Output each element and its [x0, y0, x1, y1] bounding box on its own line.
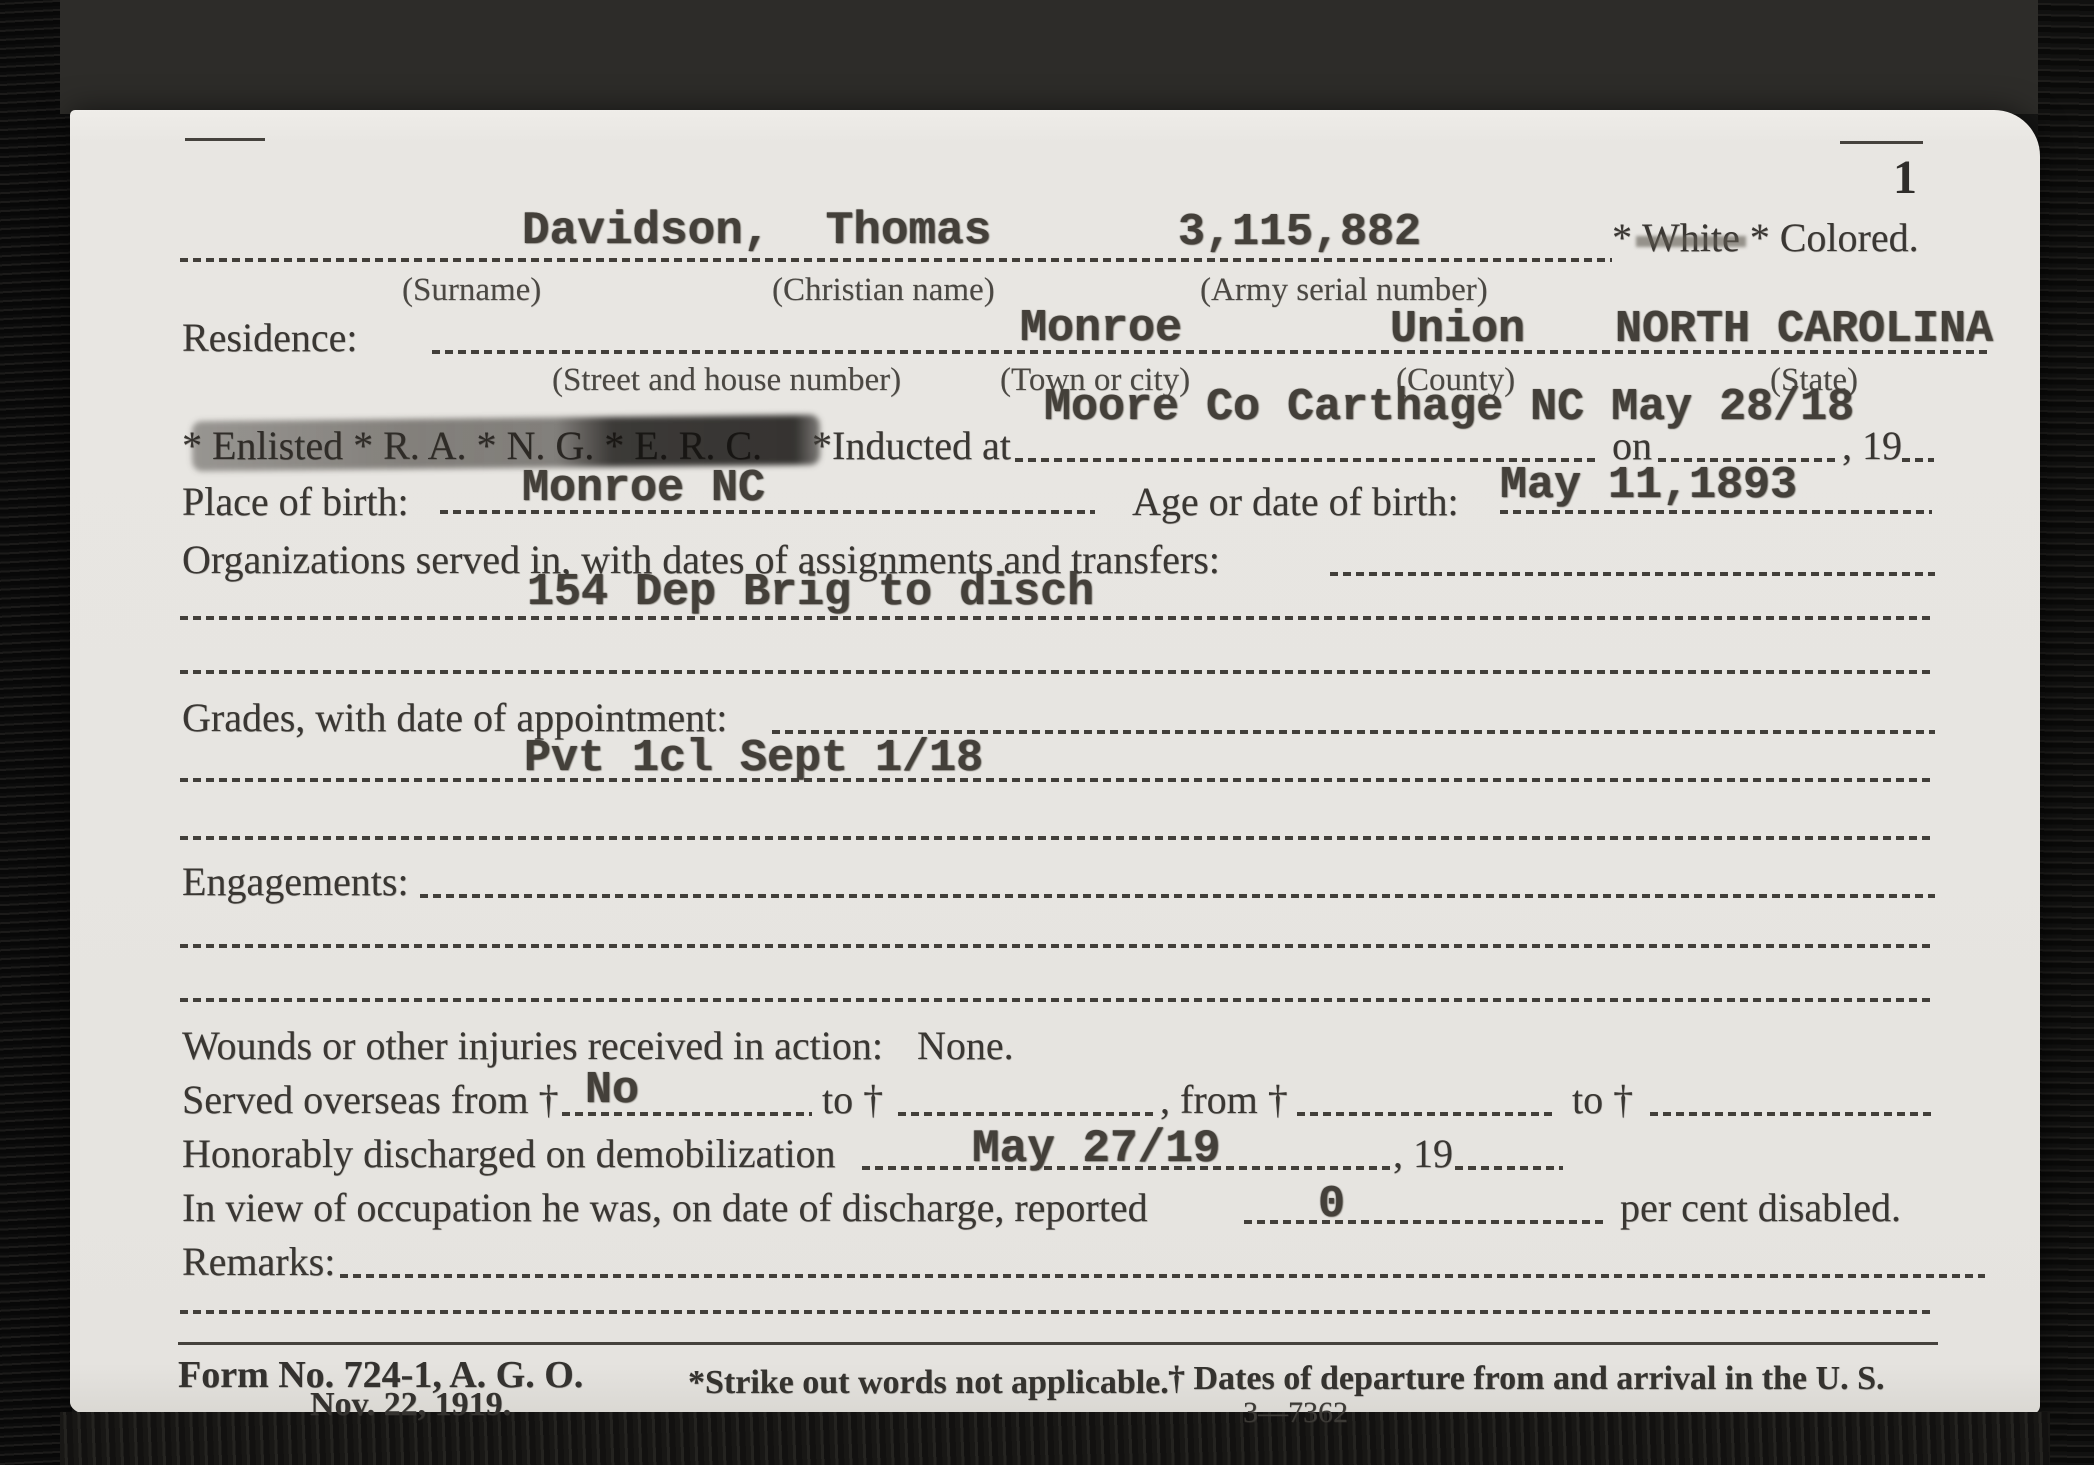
overseas-to1-line — [898, 1112, 1156, 1116]
grades-blank-line-1 — [180, 778, 1935, 782]
birth-date-line — [1500, 510, 1932, 514]
remarks-line — [340, 1274, 1985, 1278]
christian-name-label: (Christian name) — [772, 274, 995, 307]
form-date: Nov. 22, 1919. — [310, 1388, 511, 1422]
street-label: (Street and house number) — [552, 364, 901, 397]
overseas-from1-value: No — [585, 1068, 639, 1113]
remarks-label: Remarks: — [182, 1242, 335, 1282]
engagements-blank-line-1 — [180, 944, 1935, 948]
strike-note: *Strike out words not applicable. — [688, 1366, 1169, 1400]
overseas-from2-label: , from † — [1160, 1080, 1288, 1120]
wounds-row: Wounds or other injuries received in act… — [182, 1026, 1014, 1066]
overseas-to1-label: to † — [822, 1080, 883, 1120]
page-number: 1 — [1893, 154, 1917, 202]
wounds-value: None. — [917, 1023, 1014, 1068]
film-edge-left — [0, 0, 72, 1465]
film-edge-right — [2038, 0, 2094, 1465]
footer-solid-rule — [178, 1342, 1938, 1345]
discharge-label: Honorably discharged on demobilization — [182, 1134, 836, 1174]
overseas-from2-line — [1297, 1112, 1557, 1116]
age-label: Age or date of birth: — [1132, 482, 1459, 522]
grades-value: Pvt 1cl Sept 1/18 — [524, 736, 983, 781]
place-of-birth-value: Monroe NC — [522, 466, 765, 511]
disability-label: In view of occupation he was, on date of… — [182, 1188, 1148, 1228]
overseas-to2-label: to † — [1572, 1080, 1633, 1120]
scan-background-top — [60, 0, 2094, 114]
residence-state-value: NORTH CAROLINA — [1615, 307, 1993, 352]
place-of-birth-line — [440, 510, 1095, 514]
disability-suffix-label: per cent disabled. — [1620, 1188, 1901, 1228]
race-options: * White * Colored. — [1612, 218, 1919, 258]
overseas-label: Served overseas from † — [182, 1080, 559, 1120]
inducted-at-label: *Inducted at — [812, 426, 1011, 466]
discharge-year-label: , 19 — [1393, 1134, 1453, 1174]
overseas-to2-line — [1650, 1112, 1934, 1116]
overseas-from1-line — [562, 1112, 812, 1116]
name-value: Davidson, Thomas — [522, 208, 991, 254]
discharge-date-line — [862, 1166, 1390, 1170]
grades-label: Grades, with date of appointment: — [182, 698, 727, 738]
organizations-value: 154 Dep Brig to disch — [527, 570, 1094, 615]
race-colored-label: * Colored. — [1740, 215, 1919, 260]
discharge-year-line — [1455, 1166, 1563, 1170]
inducted-year-label: , 19 — [1842, 426, 1902, 466]
residence-town-value: Monroe — [1020, 306, 1182, 351]
scanned-service-record-card: 1 Davidson, Thomas 3,115,882 * White * C… — [0, 0, 2094, 1465]
birth-date-value: May 11,1893 — [1500, 463, 1797, 508]
page-number-rule — [1840, 141, 1923, 144]
footer-dashed-rule — [180, 1310, 1935, 1314]
wounds-label: Wounds or other injuries received in act… — [182, 1023, 883, 1068]
engagements-blank-line-2 — [180, 998, 1935, 1002]
organizations-line — [1330, 572, 1935, 576]
residence-line — [432, 350, 1990, 354]
army-serial-label: (Army serial number) — [1200, 274, 1488, 307]
serial-value: 3,115,882 — [1178, 210, 1421, 255]
organizations-blank-line-2 — [180, 670, 1935, 674]
organizations-blank-line-1 — [180, 616, 1935, 620]
engagements-line — [420, 894, 1935, 898]
place-of-birth-label: Place of birth: — [182, 482, 409, 522]
inducted-year-line — [1902, 458, 1934, 462]
dagger-note: † Dates of departure from and arrival in… — [1168, 1362, 1884, 1396]
residence-county-value: Union — [1390, 307, 1525, 352]
corner-dash-mark — [185, 138, 265, 141]
print-code: 3—7362 — [1243, 1398, 1348, 1428]
residence-label: Residence: — [182, 318, 358, 358]
disability-line — [1244, 1220, 1604, 1224]
disability-percent-value: 0 — [1318, 1182, 1345, 1227]
name-line — [180, 258, 1612, 262]
surname-label: (Surname) — [402, 274, 541, 307]
race-white-label: White — [1642, 218, 1740, 258]
induction-location-value: Moore Co Carthage NC May 28/18 — [1044, 385, 1854, 430]
engagements-label: Engagements: — [182, 862, 409, 902]
grades-blank-line-2 — [180, 836, 1935, 840]
